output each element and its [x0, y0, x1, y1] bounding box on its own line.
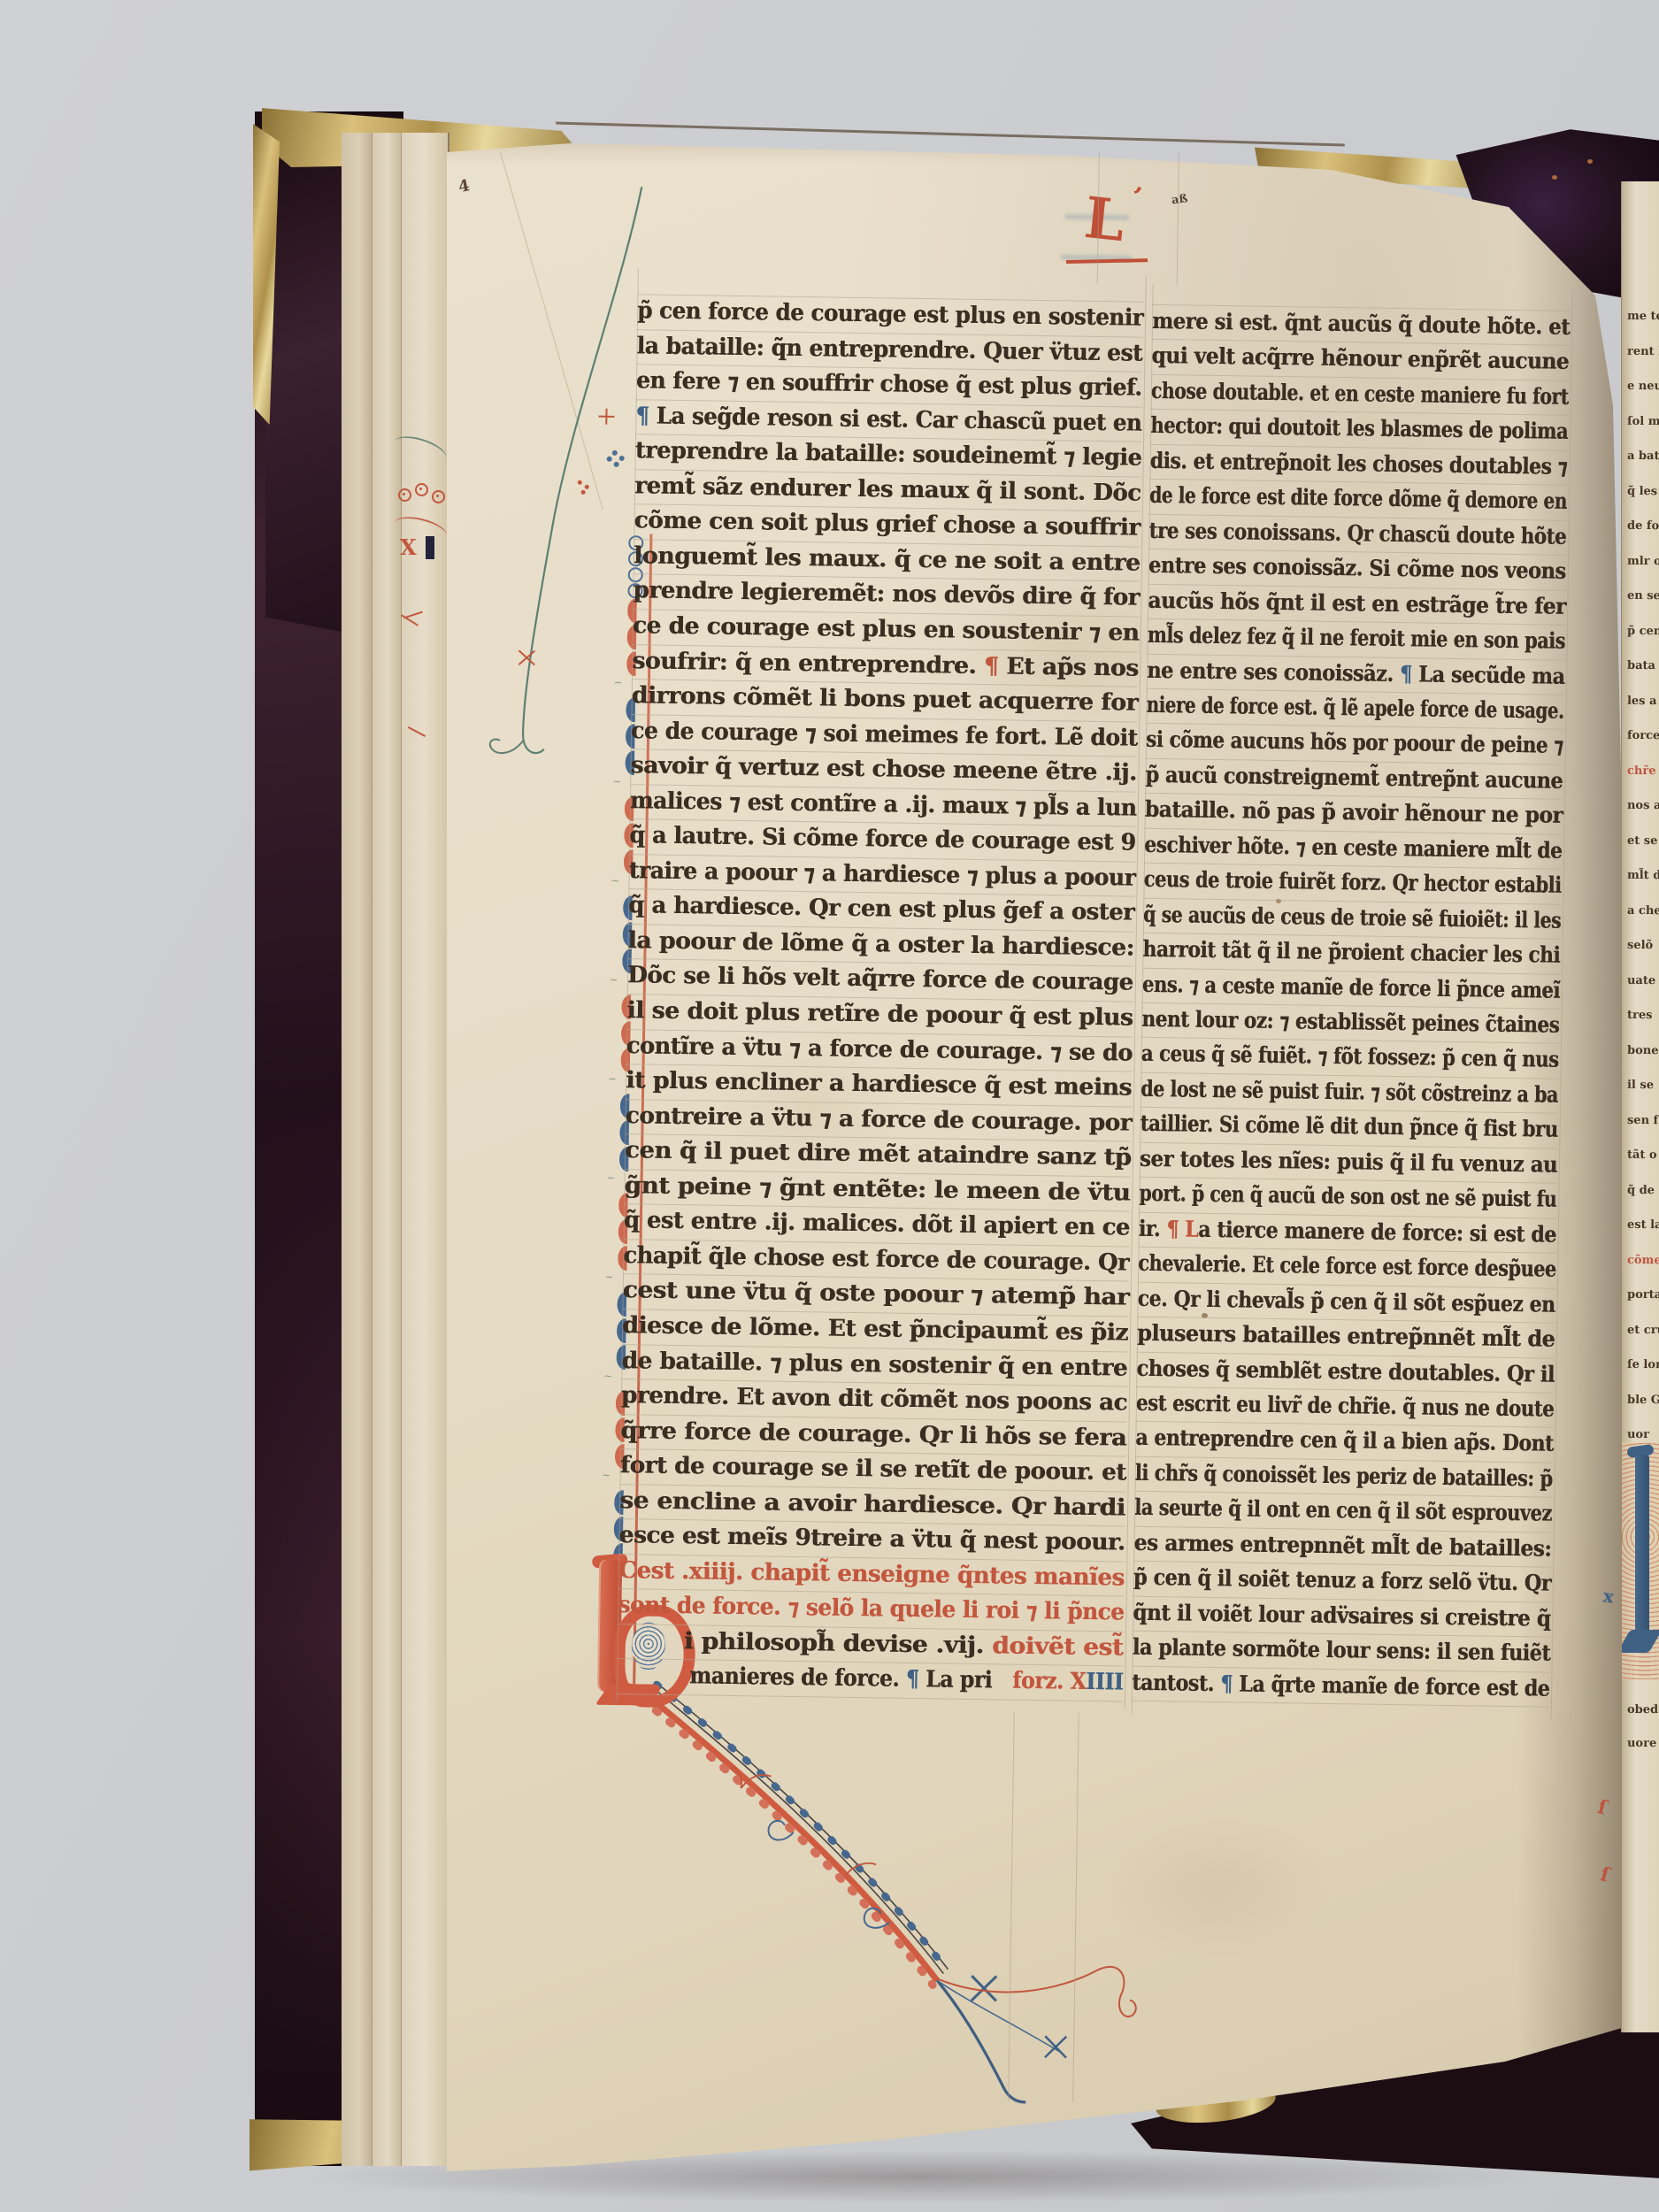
sliver-fragment: et cru: [1627, 1324, 1659, 1337]
margin-tuft: ~: [607, 1172, 615, 1184]
text-line: q̃nt il voiẽt lour adv̈saires si creistr…: [1133, 1601, 1586, 1630]
text-line: ser totes les nĩes: puis q̃ il fu venuz …: [1140, 1148, 1597, 1177]
leaf-edge-stack-1: [342, 133, 373, 2166]
sliver-fragment: q̃ de: [1627, 1184, 1655, 1197]
text-line: it plus encliner a hardiesce q̃ est mein…: [626, 1069, 1116, 1099]
script-area: L ’ aß 4 ~~~~~~~~~~ p̃ cen force de cour…: [417, 142, 1637, 2212]
text-line: diesce de lõme. Et est p̃ncipaumt̃ es p̃…: [622, 1314, 1114, 1344]
sliver-fragment: p̃ cen: [1627, 625, 1659, 638]
cascade-beads-red: [638, 1699, 937, 1985]
sliver-fragment: obed: [1627, 1703, 1658, 1717]
margin-tuft: ~: [610, 974, 618, 986]
text-line: aucũs hõs q̃nt il est en estrãge t̃re fe…: [1148, 588, 1597, 618]
sliver-fragment: bata: [1627, 659, 1655, 672]
sliver-fragment: est la: [1627, 1218, 1659, 1232]
sliver-fragment: de fo: [1627, 519, 1659, 533]
text-line: Dõc se li hõs velt aq̃rre force de coura…: [627, 964, 1131, 995]
rubric-text: forz.: [1012, 1668, 1071, 1695]
sliver-fragment: les a: [1627, 695, 1657, 708]
blue-x-mark-2: [1045, 2036, 1066, 2057]
blue-x-mark-1: [972, 1976, 996, 2001]
cascade-red-tail-curl: [937, 1964, 1137, 2016]
sliver-fragment: uore c: [1627, 1737, 1659, 1750]
text-line: prendre. Et avon dit cõmẽt nos poons ac: [621, 1384, 1124, 1414]
sliver-fragment: a bat: [1627, 449, 1659, 463]
rubric-text: ¶ L: [1166, 1216, 1198, 1242]
folio-red-bar: [1066, 258, 1148, 264]
text-line: cõme cen soit plus grief chose a souffri…: [634, 509, 1135, 539]
ink-text: manieres de force.: [689, 1663, 906, 1694]
sliver-fragment: cõme: [1627, 1254, 1659, 1267]
ink-text: soufrir: q̃ en entreprendre.: [632, 648, 984, 680]
sliver-fragment: force: [1627, 729, 1659, 742]
edge-flower: [415, 483, 428, 496]
text-line: qui velt acq̃rre hẽnour enp̃rẽt aucune: [1151, 344, 1601, 373]
folio-flourish: ’: [1126, 181, 1145, 214]
rubric-text: X: [1070, 1669, 1086, 1695]
sliver-fragment: selõ: [1627, 939, 1653, 952]
edge-numeral-x: X: [400, 534, 417, 560]
text-line: se encline a avoir hardiesce. Qr hardi: [619, 1489, 1086, 1519]
folio-number: L ’: [1064, 184, 1172, 292]
text-line: soufrir: q̃ en entreprendre. ¶ Et ap̃s n…: [632, 649, 1125, 680]
ink-text: ir.: [1139, 1215, 1167, 1240]
sliver-fragment: bone: [1627, 1044, 1659, 1057]
sliver-initial-foot: [1621, 1630, 1659, 1653]
text-line: il se doit plus retĩre de poour q̃ est p…: [626, 999, 1118, 1029]
text-line: p̃ cen q̃ il soiẽt tenuz a forz selõ v̈t…: [1133, 1566, 1602, 1595]
text-line: bataille. nõ pas p̃ avoir hẽnour ne por: [1145, 798, 1595, 827]
text-line: ce. Qr li cheval̃s p̃ cen q̃ il sõt esp̃…: [1138, 1286, 1615, 1316]
margin-tuft: ~: [611, 875, 619, 887]
text-line: cen q̃ il puet dire mẽt ataindre sanz tp…: [625, 1139, 1103, 1169]
text-line: cest une v̈tu q̃ oste poour ⁊ atemp̃ har: [623, 1279, 1094, 1309]
facing-page-sliver: me terent le neuſol ma batq̃ lesde fomlr…: [1621, 181, 1659, 2032]
red-cross-mark: [518, 650, 534, 664]
text-line: la plante sormõte lour sens: il sen fuiẽ…: [1133, 1636, 1603, 1665]
text-line: ne entre ses conoissãz. ¶ La secũde ma: [1147, 658, 1614, 687]
text-line: ir. ¶ La tierce manere de force: si est …: [1139, 1217, 1613, 1246]
blue-bead-cluster: [607, 450, 625, 467]
text-line: g̃nt peine ⁊ g̃nt entẽte: le meen de v̈t…: [624, 1174, 1096, 1204]
margin-tuft: ~: [614, 677, 622, 688]
rubric-text: doivẽt est̃: [992, 1632, 1124, 1661]
green-flourish-tail: [490, 739, 523, 753]
text-line: p̃ aucũ constreignemt̃ entrep̃nt aucune: [1145, 764, 1614, 793]
text-line: i philosoph̃ devise .vij. doivẽt est̃: [684, 1630, 1088, 1659]
text-line: pluseurs batailles entrep̃nnẽt ml̃t de: [1137, 1322, 1574, 1350]
marginal-scribble: aß: [1171, 192, 1188, 207]
text-line: entre ses conoissãz. Si cõme nos veons: [1148, 554, 1614, 583]
sliver-fragment: me te: [1627, 310, 1659, 323]
text-line: remt̃ sãz endurer les maux q̃ il sont. D…: [634, 474, 1140, 504]
margin-tuft: ~: [608, 1073, 616, 1085]
blue-text: ¶: [1220, 1671, 1239, 1696]
text-line: a entreprendre cen q̃ il a bien ap̃s. Do…: [1135, 1426, 1613, 1455]
edge-numeral-i: [426, 536, 434, 559]
text-line: esce est meĩs 9treire a v̈tu q̃ nest poo…: [618, 1524, 1117, 1554]
text-line: fort de courage se il se retĩt de poour.…: [620, 1454, 1123, 1484]
rubric-text: ¶: [984, 653, 1007, 680]
sliver-fragment: chr̃e: [1627, 764, 1656, 778]
ink-text: Et ap̃s nos: [1006, 653, 1139, 681]
text-line: tantost. ¶ La q̃rte manĩe de force est d…: [1132, 1671, 1602, 1700]
sliver-fragment: nos a: [1627, 799, 1659, 812]
sliver-fragment: rent l: [1627, 345, 1659, 358]
margin-tuft: ~: [612, 776, 620, 787]
manuscript-photo: X: [0, 0, 1659, 2212]
ink-text: La pri: [926, 1667, 1013, 1694]
sliver-illuminated-initial: [1622, 1442, 1659, 1679]
text-line: longuemt̃ les maux. q̃ ce ne soit a entr…: [634, 544, 1125, 574]
ink-text: tantost.: [1132, 1669, 1220, 1695]
cascade-blue-tail: [935, 1980, 1027, 2101]
ink-text: ne entre ses conoissãz.: [1147, 657, 1400, 686]
text-line: prendre legieremẽt: nos devõs dire q̃ fo…: [633, 580, 1136, 610]
sliver-fragment: porta: [1627, 1288, 1659, 1302]
text-line: dirrons cõmẽt li bons puet acquerre for: [632, 684, 1125, 714]
sliver-fragment: il se: [1627, 1079, 1654, 1092]
red-dot-cluster: [578, 480, 589, 495]
sliver-fragment: tres: [1627, 1009, 1653, 1022]
sliver-fragment: en se: [1627, 589, 1659, 603]
sliver-fragment: e neu: [1627, 380, 1659, 393]
sliver-fragment: ſol m: [1627, 415, 1659, 428]
text-line: de bataille. ⁊ plus en sostenir q̃ en en…: [621, 1349, 1121, 1379]
sliver-fragment: q̃ les: [1627, 485, 1657, 498]
text-line: manieres de force. ¶ La pri forz. XIIII: [689, 1665, 1170, 1695]
text-line: eschiver hõte. ⁊ en ceste maniere ml̃t d…: [1144, 833, 1625, 863]
text-line: mere si est. q̃nt aucũs q̃ doute hõte. e…: [1152, 310, 1612, 339]
text-line: est escrit eu livr̃ de chr̃ie. q̃ nus ne…: [1136, 1392, 1627, 1421]
text-line: es armes entrepnnẽt ml̃t de batailles:: [1133, 1531, 1582, 1560]
board-edge-line: [556, 122, 1345, 147]
margin-tuft: ~: [603, 1371, 611, 1382]
ink-text: a tierce manere de force: si est de: [1198, 1216, 1556, 1247]
green-flourish-curve: [523, 185, 642, 754]
blue-text: ¶: [1400, 661, 1419, 687]
text-line: Cest .xiiij. chapit̃ enseigne q̃ntes man…: [618, 1559, 1121, 1589]
text-line: tre ses conoissans. Qr chascũ doute hõte: [1148, 519, 1638, 549]
text-line: harroit tãt q̃ il ne p̃roient chacier le…: [1142, 938, 1624, 967]
sliver-fragment: ble G: [1627, 1394, 1659, 1407]
text-line: savoir q̃ vertuz est chose meene ẽtre .i…: [630, 754, 1125, 784]
margin-tuft: ~: [603, 1470, 611, 1481]
text-line: nent lour oz: ⁊ establissẽt peines c̃tai…: [1141, 1008, 1625, 1037]
sliver-fragment: mlr o: [1627, 555, 1659, 568]
sliver-fragment: uor: [1627, 1428, 1649, 1441]
edge-flower: [398, 488, 411, 502]
text-line: choses q̃ semblẽt estre doutables. Qr il: [1136, 1356, 1601, 1386]
margin-tuft: ~: [605, 1271, 613, 1283]
sliver-fragment: a che: [1627, 904, 1659, 918]
red-plus-mark: [598, 409, 614, 425]
text-line: si cõme aucuns hõs por poour de peine ⁊: [1146, 728, 1632, 757]
ink-text: La secũde ma: [1418, 661, 1565, 688]
ink-text: La q̃rte manĩe de force est de: [1239, 1671, 1550, 1701]
sliver-fragment: ſe lor: [1627, 1358, 1659, 1371]
text-line: contreire a v̈tu ⁊ a force de courage. p…: [625, 1104, 1125, 1134]
text-line: dis. et entrep̃noit les choses doutables…: [1150, 449, 1629, 479]
text-line: la poour de lõme q̃ a oster la hardiesce…: [627, 929, 1121, 959]
sliver-fragment: tãt o: [1627, 1148, 1657, 1162]
blue-text: IIII: [1086, 1669, 1124, 1696]
sliver-fragment: ml̃t d: [1627, 869, 1659, 882]
sliver-fragment: uate: [1627, 974, 1655, 987]
sliver-fragment: et se: [1627, 834, 1658, 848]
blue-text: ¶: [635, 403, 657, 429]
text-line: ce de courage est plus en soustenir ⁊ en: [633, 614, 1131, 644]
folio-numeral-glyph: L: [1081, 185, 1127, 255]
sliver-fragment: sen f: [1627, 1114, 1658, 1127]
text-line: q̃rre force de courage. Qr li hõs se fer…: [620, 1419, 1104, 1449]
blue-text: ¶: [906, 1666, 926, 1693]
ink-text: i philosoph̃ devise .vij.: [684, 1628, 993, 1659]
sliver-initial-bar: [1635, 1455, 1649, 1637]
